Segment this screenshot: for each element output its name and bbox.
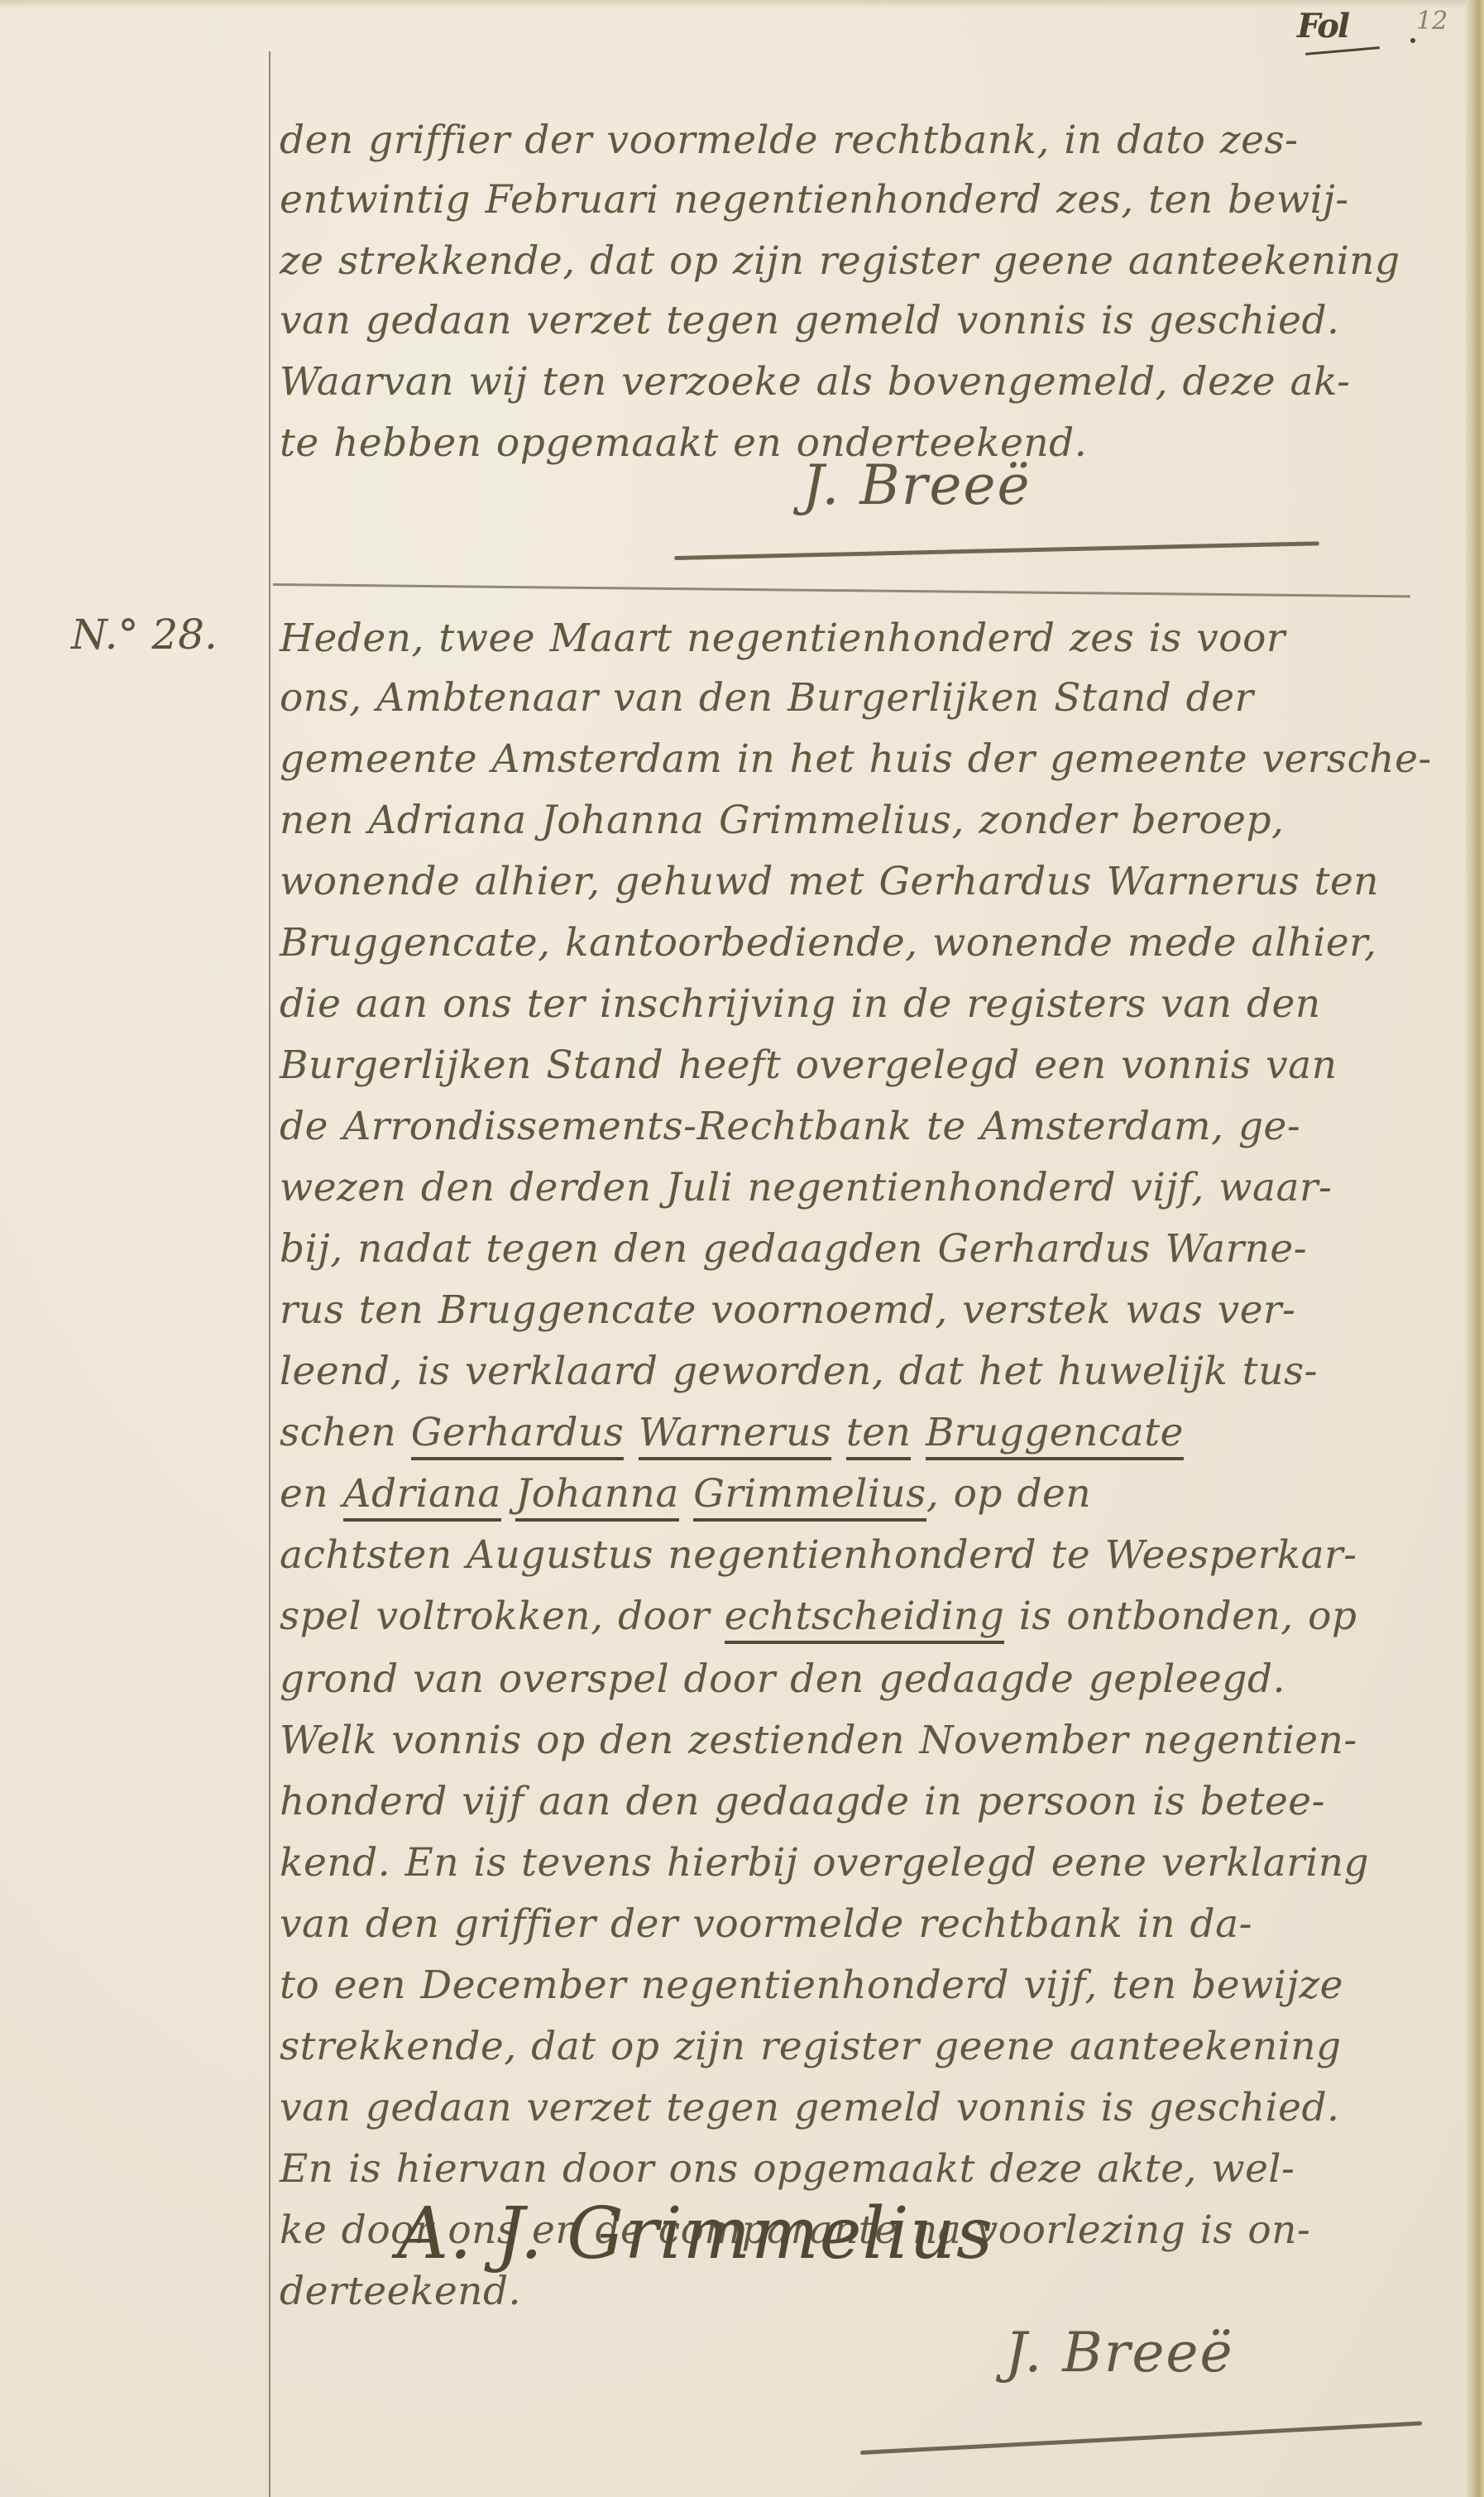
comparant-signature: A. J. Grimmelius: [397, 2193, 993, 2275]
folio-underline: [1305, 46, 1380, 55]
husband-surname: Bruggencate: [926, 1410, 1184, 1460]
text-line: de Arrondissements-Rechtbank te Amsterda…: [280, 1102, 1300, 1152]
official-signature-previous: J. Breeë: [802, 453, 1032, 517]
divorce-line: spel voltrokken, door echtscheiding is o…: [280, 1592, 1357, 1642]
husband-surname-particle: ten: [846, 1410, 911, 1460]
folio-dot: [1410, 38, 1415, 43]
wife-given-name-1: Adriana: [343, 1471, 501, 1522]
text-word: en: [280, 1471, 328, 1517]
text-word: is ontbonden, op: [1019, 1594, 1357, 1639]
text-line: Bruggencate, kantoorbediende, wonende me…: [280, 918, 1376, 968]
divorce-term: echtscheiding: [725, 1594, 1005, 1644]
page-top-shadow: [0, 0, 1484, 8]
text-line: kend. En is tevens hierbij overgelegd ee…: [280, 1838, 1369, 1888]
text-line: entwintig Februari negentienhonderd zes,…: [280, 175, 1349, 225]
names-line-husband: schen Gerhardus Warnerus ten Bruggencate: [280, 1408, 1184, 1458]
text-line: ze strekkende, dat op zijn register geen…: [280, 237, 1400, 286]
entry-number: N.° 28.: [71, 611, 218, 659]
folio-mark: Fol: [1297, 7, 1348, 46]
text-line: achtsten Augustus negentienhonderd te We…: [280, 1531, 1357, 1580]
text-line: wezen den derden Juli negentienhonderd v…: [280, 1163, 1332, 1213]
text-line: die aan ons ter inschrijving in de regis…: [280, 980, 1321, 1029]
text-word: , op den: [926, 1471, 1091, 1517]
book-binding-edge: [1466, 0, 1484, 2497]
text-line: bij, nadat tegen den gedaagden Gerhardus…: [280, 1225, 1307, 1274]
text-line: Waarvan wij ten verzoeke als bovengemeld…: [280, 357, 1351, 407]
signature-flourish: [860, 2421, 1422, 2455]
text-line: strekkende, dat op zijn register geene a…: [280, 2022, 1342, 2072]
text-line: honderd vijf aan den gedaagde in persoon…: [280, 1777, 1325, 1827]
text-line: nen Adriana Johanna Grimmelius, zonder b…: [280, 796, 1284, 846]
text-line: van gedaan verzet tegen gemeld vonnis is…: [280, 296, 1339, 346]
text-line: wonende alhier, gehuwd met Gerhardus War…: [280, 857, 1379, 907]
text-line: En is hiervan door ons opgemaakt deze ak…: [280, 2145, 1295, 2194]
text-line: gemeente Amsterdam in het huis der gemee…: [280, 735, 1432, 784]
text-line: ons, Ambtenaar van den Burgerlijken Stan…: [280, 673, 1254, 723]
text-line: rus ten Bruggencate voornoemd, verstek w…: [280, 1286, 1295, 1335]
names-line-wife: en Adriana Johanna Grimmelius, op den: [280, 1469, 1091, 1519]
text-line: grond van overspel door den gedaagde gep…: [280, 1655, 1285, 1704]
page-number: 12: [1416, 7, 1448, 36]
husband-given-name-1: Gerhardus: [411, 1410, 625, 1460]
husband-given-name-2: Warnerus: [639, 1410, 832, 1460]
text-line: van gedaan verzet tegen gemeld vonnis is…: [280, 2083, 1339, 2133]
text-line: to een December negentienhonderd vijf, t…: [280, 1961, 1343, 2011]
entry-separator-rule: [273, 583, 1410, 597]
official-signature: J. Breeë: [1005, 2321, 1234, 2384]
wife-given-name-2: Johanna: [515, 1471, 679, 1522]
text-line: den griffier der voormelde rechtbank, in…: [280, 116, 1298, 165]
text-line: van den griffier der voormelde rechtbank…: [280, 1900, 1252, 1949]
text-word: schen: [280, 1410, 396, 1455]
margin-rule: [269, 51, 270, 2497]
text-line: Heden, twee Maart negentienhonderd zes i…: [280, 614, 1285, 664]
text-word: spel voltrokken, door: [280, 1594, 710, 1639]
wife-surname: Grimmelius: [693, 1471, 926, 1522]
text-line: Burgerlijken Stand heeft overgelegd een …: [280, 1041, 1337, 1090]
text-line: Welk vonnis op den zestienden November n…: [280, 1716, 1357, 1766]
text-line: leend, is verklaard geworden, dat het hu…: [280, 1347, 1318, 1397]
register-page: Fol 12 den griffier der voormelde rechtb…: [0, 0, 1484, 2497]
signature-flourish: [674, 541, 1319, 560]
